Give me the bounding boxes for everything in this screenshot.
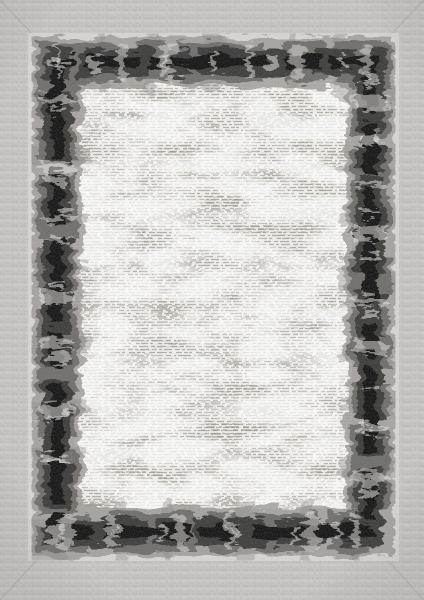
rug-product-photo: [0, 0, 424, 600]
rug-image: [0, 0, 424, 600]
photo-vignette: [0, 0, 424, 600]
